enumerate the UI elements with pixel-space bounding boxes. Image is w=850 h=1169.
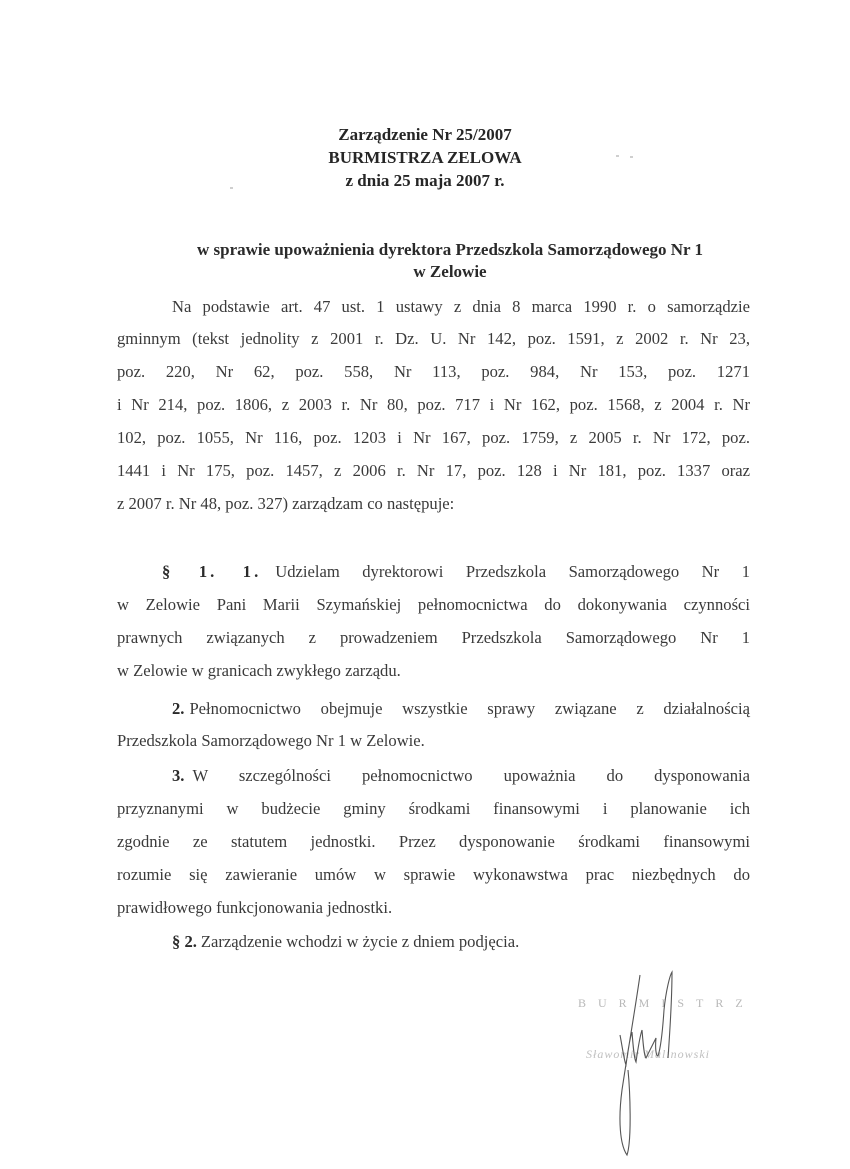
- section-2-text: Zarządzenie wchodzi w życie z dniem podj…: [201, 932, 519, 951]
- document-issuer: BURMISTRZA ZELOWA: [0, 148, 850, 168]
- preamble-line: 102, poz. 1055, Nr 116, poz. 1203 i Nr 1…: [117, 428, 750, 448]
- document-date: z dnia 25 maja 2007 r.: [0, 171, 850, 191]
- preamble-line: i Nr 214, poz. 1806, z 2003 r. Nr 80, po…: [117, 395, 750, 415]
- section-1-marker: § 1. 1.: [162, 562, 261, 581]
- subject-line-1: w sprawie upoważnienia dyrektora Przedsz…: [0, 240, 850, 260]
- preamble-line: Na podstawie art. 47 ust. 1 ustawy z dni…: [172, 297, 750, 317]
- signature: [600, 970, 720, 1160]
- section-1-point-1-line: w Zelowie Pani Marii Szymańskiej pełnomo…: [117, 595, 750, 615]
- document-title: Zarządzenie Nr 25/2007: [0, 125, 850, 145]
- section-1-point-3-line: prawidłowego funkcjonowania jednostki.: [117, 898, 750, 918]
- section-1-point-3-line: przyznanymi w budżecie gminy środkami fi…: [117, 799, 750, 819]
- point-text: W szczególności pełnomocnictwo upoważnia…: [192, 766, 750, 785]
- scan-speck: [616, 155, 619, 157]
- scan-speck: [630, 156, 633, 158]
- section-1-point-1-line: prawnych związanych z prowadzeniem Przed…: [117, 628, 750, 648]
- point-text: Pełnomocnictwo obejmuje wszystkie sprawy…: [189, 699, 750, 718]
- point-2-marker: 2.: [172, 699, 184, 718]
- section-1-point-3-line: rozumie się zawieranie umów w sprawie wy…: [117, 865, 750, 885]
- section-1-point-1: § 1. 1.Udzielam dyrektorowi Przedszkola …: [162, 562, 750, 582]
- preamble-line: z 2007 r. Nr 48, poz. 327) zarządzam co …: [117, 494, 750, 514]
- section-1-point-3: 3.W szczególności pełnomocnictwo upoważn…: [172, 766, 750, 786]
- section-1-point-2: 2.Pełnomocnictwo obejmuje wszystkie spra…: [172, 699, 750, 719]
- preamble-line: poz. 220, Nr 62, poz. 558, Nr 113, poz. …: [117, 362, 750, 382]
- section-1-point-1-line: w Zelowie w granicach zwykłego zarządu.: [117, 661, 750, 681]
- subject-line-2: w Zelowie: [0, 262, 850, 282]
- section-2-marker: § 2.: [172, 932, 197, 951]
- section-2: § 2.Zarządzenie wchodzi w życie z dniem …: [172, 932, 805, 952]
- section-1-point-2-line: Przedszkola Samorządowego Nr 1 w Zelowie…: [117, 731, 750, 751]
- point-text: Udzielam dyrektorowi Przedszkola Samorzą…: [275, 562, 750, 581]
- document-page: Zarządzenie Nr 25/2007 BURMISTRZA ZELOWA…: [0, 0, 850, 1169]
- scan-speck: [230, 187, 233, 189]
- section-1-point-3-line: zgodnie ze statutem jednostki. Przez dys…: [117, 832, 750, 852]
- point-3-marker: 3.: [172, 766, 184, 785]
- preamble-line: 1441 i Nr 175, poz. 1457, z 2006 r. Nr 1…: [117, 461, 750, 481]
- preamble-line: gminnym (tekst jednolity z 2001 r. Dz. U…: [117, 329, 750, 349]
